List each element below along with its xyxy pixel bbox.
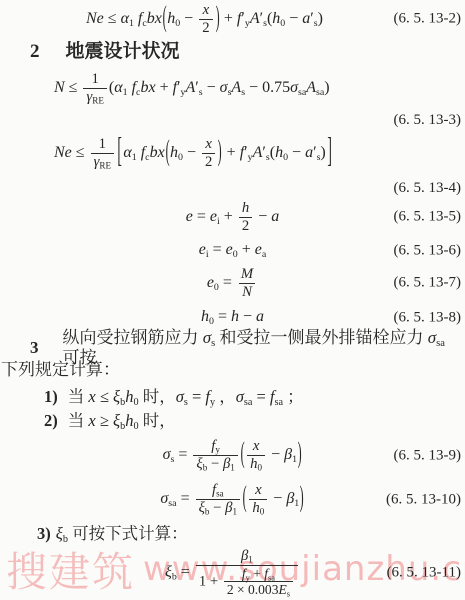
list-item-2-text: 当 x ≥ ξbh0 时，: [68, 412, 176, 431]
equation-number: (6. 5. 13-4): [0, 180, 465, 197]
list-item-1: 1) 当 x ≤ ξbh0 时，σs = fy ，σsa = fsa ；: [0, 386, 465, 409]
equation-number: (6. 5. 13-8): [394, 309, 462, 326]
section-2-index: 2: [30, 41, 40, 63]
equation-formula: Ne ≤ α1 fcbx(h0 − x2) + f′yA′s(h0 − a′s): [86, 2, 323, 37]
document-content: Ne ≤ α1 fcbx(h0 − x2) + f′yA′s(h0 − a′s)…: [0, 0, 465, 600]
equation-formula: e0 = MN: [207, 266, 258, 301]
equation-number: (6. 5. 13-11): [387, 564, 461, 581]
section-3-index: 3: [30, 338, 39, 358]
equation-6-5-13-11: ξb = β11 + fy + fsa2 × 0.003Es (6. 5. 13…: [0, 545, 465, 600]
equation-6-5-13-4: Ne ≤ 1γRE[α1 fcbx(h0 − x2) + f′yA′s(h0 −…: [0, 131, 465, 175]
equation-formula: ξb = β11 + fy + fsa2 × 0.003Es: [165, 548, 300, 598]
equation-6-5-13-7: e0 = MN (6. 5. 13-7): [0, 265, 465, 301]
equation-number: (6. 5. 13-5): [394, 208, 462, 225]
list-item-3-text: ξb 可按下式计算：: [56, 525, 188, 544]
equation-number: (6. 5. 13-10): [386, 491, 461, 508]
equation-number: (6. 5. 13-3): [0, 112, 465, 129]
equation-formula: e = ei + h2 − a: [186, 200, 279, 235]
equation-6-5-13-5: e = ei + h2 − a (6. 5. 13-5): [0, 200, 465, 234]
section-2-heading: 2 地震设计状况: [0, 39, 465, 65]
equation-6-5-13-6: ei = e0 + ea (6. 5. 13-6): [0, 239, 465, 262]
document-page: 搜建筑 www.soujianzhu.cn Ne ≤ α1 fcbx(h0 − …: [0, 0, 465, 600]
equation-formula: Ne ≤ 1γRE[α1 fcbx(h0 − x2) + f′yA′s(h0 −…: [54, 136, 333, 171]
equation-formula: h0 = h − a: [201, 308, 264, 326]
list-item-2-label: 2): [44, 412, 58, 431]
equation-formula: ei = e0 + ea: [199, 241, 267, 259]
equation-6-5-13-9: σs = fyξb − β1(xh0 − β1) (6. 5. 13-9): [0, 434, 465, 477]
equation-6-5-13-10: σsa = fsaξb − β1(xh0 − β1) (6. 5. 13-10): [0, 478, 465, 521]
equation-6-5-13-3: N ≤ 1γRE(α1 fcbx + f′yA′s − σsAs − 0.75σ…: [0, 67, 465, 109]
equation-6-5-13-2: Ne ≤ α1 fcbx(h0 − x2) + f′yA′s(h0 − a′s)…: [0, 3, 465, 35]
list-item-3: 3) ξb 可按下式计算：: [0, 523, 465, 545]
equation-formula: σsa = fsaξb − β1(xh0 − β1): [160, 482, 304, 517]
section-3-heading-line1: 3 纵向受拉钢筋应力 σs 和受拉一侧最外排锚栓应力 σsa 可按: [0, 336, 465, 359]
equation-number: (6. 5. 13-6): [394, 242, 462, 259]
equation-6-5-13-8: h0 = h − a (6. 5. 13-8): [0, 306, 465, 329]
list-item-2: 2) 当 x ≥ ξbh0 时，: [0, 410, 465, 433]
list-item-1-text: 当 x ≤ ξbh0 时，σs = fy ，σsa = fsa ；: [68, 388, 304, 407]
equation-number: (6. 5. 13-9): [394, 447, 462, 464]
equation-formula: N ≤ 1γRE(α1 fcbx + f′yA′s − σsAs − 0.75σ…: [54, 71, 330, 106]
equation-number: (6. 5. 13-2): [394, 10, 462, 27]
section-3-text: 纵向受拉钢筋应力 σs 和受拉一侧最外排锚栓应力 σsa 可按: [63, 328, 465, 367]
section-2-title: 地震设计状况: [66, 41, 180, 63]
list-item-3-label: 3): [37, 525, 51, 544]
equation-formula: σs = fyξb − β1(xh0 − β1): [163, 438, 303, 473]
equation-number: (6. 5. 13-7): [394, 274, 462, 291]
list-item-1-label: 1): [44, 388, 58, 407]
